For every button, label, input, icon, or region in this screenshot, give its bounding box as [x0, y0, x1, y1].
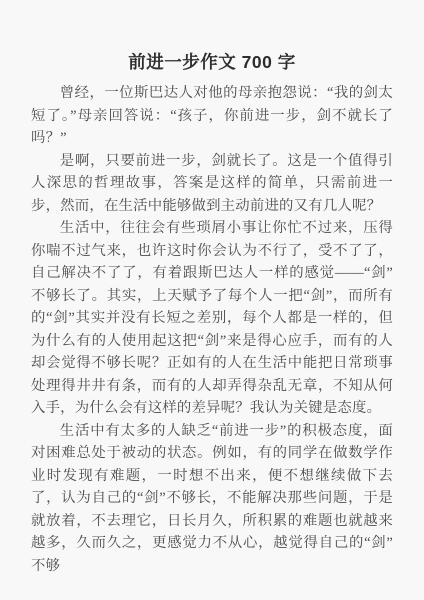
document-page: 前进一步作文 700 字 曾经，一位斯巴达人对他的母亲抱怨说：“我的剑太短了。”… — [0, 0, 424, 600]
essay-body: 曾经，一位斯巴达人对他的母亲抱怨说：“我的剑太短了。”母亲回答说：“孩子，你前进… — [31, 82, 393, 577]
essay-title: 前进一步作文 700 字 — [0, 0, 424, 74]
essay-paragraph: 生活中，往往会有些琐屑小事让你忙不过来，压得你喘不过气来，也许这时你会认为不行了… — [31, 217, 393, 420]
essay-paragraph: 曾经，一位斯巴达人对他的母亲抱怨说：“我的剑太短了。”母亲回答说：“孩子，你前进… — [31, 82, 393, 150]
essay-paragraph: 生活中有太多的人缺乏“前进一步”的积极态度，面对困难总处于被动的状态。例如，有的… — [31, 420, 393, 578]
essay-paragraph: 是啊，只要前进一步，剑就长了。这是一个值得引人深思的哲理故事，答案是这样的简单，… — [31, 150, 393, 218]
